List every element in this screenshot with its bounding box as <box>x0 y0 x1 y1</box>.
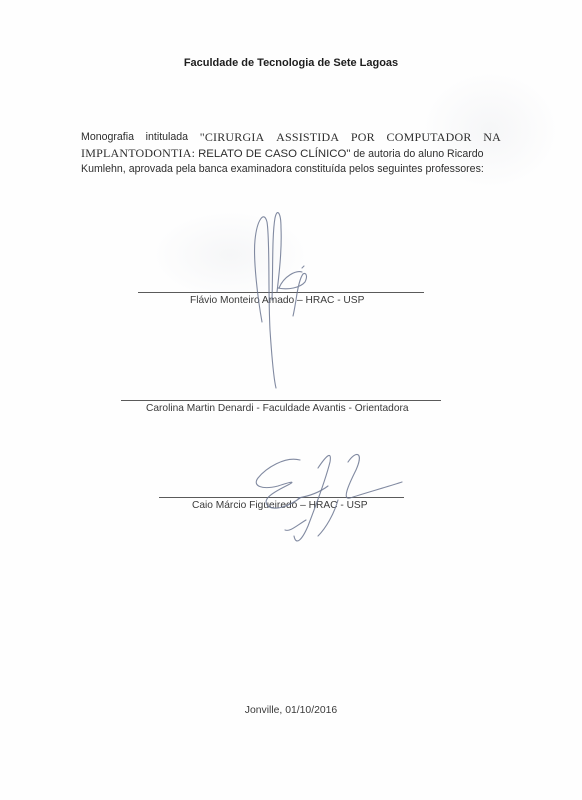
signature-line-1 <box>138 292 424 293</box>
institution-heading: Faculdade de Tecnologia de Sete Lagoas <box>0 57 582 69</box>
examiner-name-2: Carolina Martin Denardi - Faculdade Avan… <box>146 403 409 414</box>
title-word: POR <box>351 130 375 146</box>
title-fragment: IMPLANTODONTIA: <box>81 146 195 160</box>
title-fragment: RELATO DE CASO CLÍNICO" <box>198 148 350 160</box>
signature-line-3 <box>159 497 404 498</box>
document-page: Faculdade de Tecnologia de Sete Lagoas M… <box>0 0 582 800</box>
scan-artifact <box>150 210 310 300</box>
paragraph-line-3: Kumlehn, aprovada pela banca examinadora… <box>81 162 501 178</box>
examiner-name-3: Caio Márcio Figueiredo – HRAC - USP <box>192 500 368 511</box>
examiner-name-1: Flávio Monteiro Amado – HRAC - USP <box>190 295 364 306</box>
approval-paragraph: Monografia intitulada "CIRURGIA ASSISTID… <box>81 130 501 178</box>
paragraph-line-1: Monografia intitulada "CIRURGIA ASSISTID… <box>81 130 501 146</box>
title-word: NA <box>483 130 501 146</box>
signature-line-2 <box>121 400 441 401</box>
author-text: de autoria do aluno Ricardo <box>353 148 483 160</box>
title-word: ASSISTIDA <box>276 130 339 146</box>
place-and-date: Jonville, 01/10/2016 <box>0 705 582 716</box>
word: Monografia <box>81 130 134 146</box>
title-word: "CIRURGIA <box>200 130 265 146</box>
title-word: COMPUTADOR <box>387 130 472 146</box>
word: intitulada <box>146 130 188 146</box>
paragraph-line-2: IMPLANTODONTIA: RELATO DE CASO CLÍNICO" … <box>81 146 501 163</box>
